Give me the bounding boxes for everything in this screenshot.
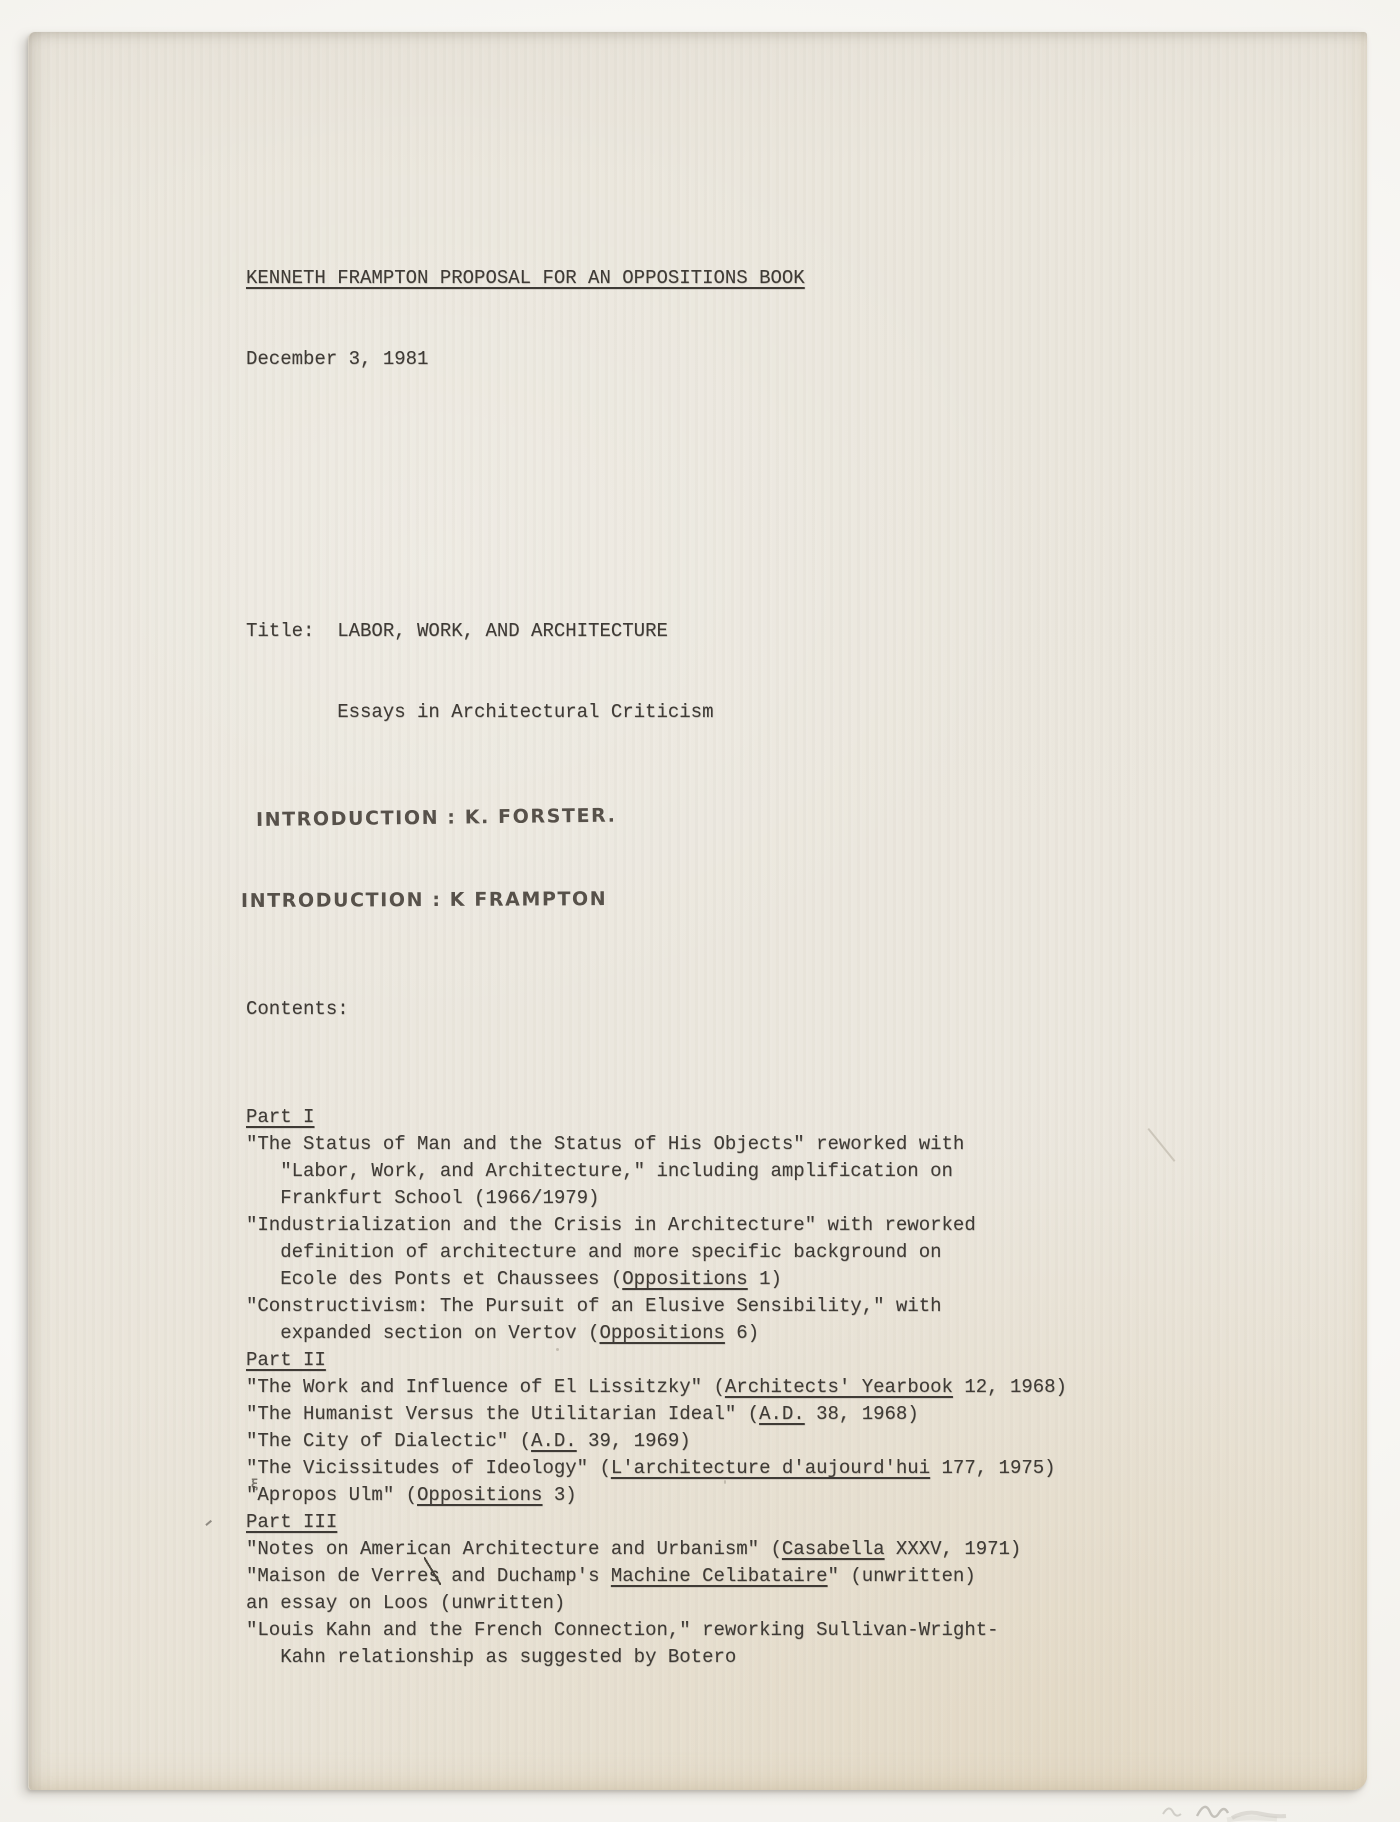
content-line: "Notes on American Architecture and Urba… [246,1536,1326,1563]
line-text: "Louis Kahn and the French Connection," … [246,1619,999,1641]
content-line: an essay on Loos (unwritten) [246,1590,1326,1617]
paper-sheet: KENNETH FRAMPTON PROPOSAL FOR AN OPPOSIT… [28,32,1367,1790]
document-date: December 3, 1981 [246,346,1326,373]
journal-name: L'architecture d'aujourd'hui [611,1457,930,1479]
content-line: "The Humanist Versus the Utilitarian Ide… [246,1401,1326,1428]
line-text: "Industrialization and the Crisis in Arc… [246,1214,976,1236]
dust-speck [556,1348,559,1351]
line-text: Frankfurt School (1966/1979) [246,1187,599,1209]
line-text: "The Status of Man and the Status of His… [246,1133,964,1155]
line-text: "The Humanist Versus the Utilitarian Ide… [246,1403,759,1425]
line-text: 6) [725,1322,759,1344]
dust-speck [724,1480,726,1484]
handwritten-note-forster: INTRODUCTION : K. FORSTER. [256,794,1326,834]
line-text: "The Vicissitudes of Ideology" ( [246,1457,611,1479]
line-text: 177, 1975) [930,1457,1055,1479]
slashed-letter: s [428,1565,439,1587]
journal-name: Oppositions [622,1268,747,1290]
line-text: "Labor, Work, and Architecture," includi… [246,1160,953,1182]
content-line: "Apropos Ulm" (Oppositions 3) [246,1482,1326,1509]
line-text: XXXV, 1971) [885,1538,1022,1560]
line-text: "Apropos Ulm" ( [246,1484,417,1506]
journal-name: Oppositions [599,1322,724,1344]
ink-tick-artifact: 𝛏 [251,1477,258,1492]
line-text: expanded section on Vertov ( [246,1322,599,1344]
part-heading: Part II [246,1347,1326,1374]
part-heading: Part I [246,1104,1326,1131]
line-text: "Notes on American Architecture and Urba… [246,1538,782,1560]
line-text: 1) [748,1268,782,1290]
content-line: "Labor, Work, and Architecture," includi… [246,1158,1326,1185]
part-heading-text: Part III [246,1511,337,1533]
scanned-document-background: KENNETH FRAMPTON PROPOSAL FOR AN OPPOSIT… [0,0,1400,1822]
part-heading-text: Part I [246,1106,314,1128]
line-text: " (unwritten) [828,1565,976,1587]
journal-name: A.D. [759,1403,805,1425]
content-line: "Louis Kahn and the French Connection," … [246,1617,1326,1644]
content-line: expanded section on Vertov (Oppositions … [246,1320,1326,1347]
line-text: an essay on Loos (unwritten) [246,1592,565,1614]
line-text: 39, 1969) [577,1430,691,1452]
journal-name: Oppositions [417,1484,542,1506]
content-line: definition of architecture and more spec… [246,1239,1326,1266]
line-text: definition of architecture and more spec… [246,1241,942,1263]
content-line: "The City of Dialectic" (A.D. 39, 1969) [246,1428,1326,1455]
journal-name: Casabella [782,1538,885,1560]
part-heading-text: Part II [246,1349,326,1371]
line-text: "The Work and Influence of El Lissitzky"… [246,1376,725,1398]
content-line: "Industrialization and the Crisis in Arc… [246,1212,1326,1239]
line-text: and Duchamp's [440,1565,611,1587]
journal-name: Architects' Yearbook [725,1376,953,1398]
content-line: Frankfurt School (1966/1979) [246,1185,1326,1212]
journal-name: A.D. [531,1430,577,1452]
pencil-smudge-artifact [1157,1784,1297,1822]
part-heading: Part III [246,1509,1326,1536]
line-text: 12, 1968) [953,1376,1067,1398]
line-text: "Maison de Verre [246,1565,428,1587]
line-text: "Constructivism: The Pursuit of an Elusi… [246,1295,942,1317]
contents-label: Contents: [246,996,1326,1023]
title-label: Title: [246,620,314,642]
stray-stroke-artifact [205,1520,211,1526]
line-text: Kahn relationship as suggested by Botero [246,1646,736,1668]
content-line: "Constructivism: The Pursuit of an Elusi… [246,1293,1326,1320]
book-title: LABOR, WORK, AND ARCHITECTURE [337,620,668,642]
document-header-title: KENNETH FRAMPTON PROPOSAL FOR AN OPPOSIT… [246,265,1326,292]
book-subtitle: Essays in Architectural Criticism [246,699,1326,726]
contents-parts: Part I"The Status of Man and the Status … [246,1104,1326,1671]
content-line: "Maison de Verres and Duchamp's Machine … [246,1563,1326,1590]
typed-text-column: KENNETH FRAMPTON PROPOSAL FOR AN OPPOSIT… [246,184,1326,1725]
content-line: "The Vicissitudes of Ideology" (L'archit… [246,1455,1326,1482]
content-line: "The Status of Man and the Status of His… [246,1131,1326,1158]
content-line: Kahn relationship as suggested by Botero [246,1644,1326,1671]
content-line: Ecole des Ponts et Chaussees (Opposition… [246,1266,1326,1293]
title-line: Title:LABOR, WORK, AND ARCHITECTURE [246,618,1326,645]
vertical-gap [246,454,1326,537]
content-line: "The Work and Influence of El Lissitzky"… [246,1374,1326,1401]
line-text: 3) [542,1484,576,1506]
line-text: Ecole des Ponts et Chaussees ( [246,1268,622,1290]
header-title-text: KENNETH FRAMPTON PROPOSAL FOR AN OPPOSIT… [246,267,805,289]
journal-name: Machine Celibataire [611,1565,828,1587]
handwritten-note-frampton: INTRODUCTION : K FRAMPTON [241,882,1326,915]
line-text: "The City of Dialectic" ( [246,1430,531,1452]
line-text: 38, 1968) [805,1403,919,1425]
